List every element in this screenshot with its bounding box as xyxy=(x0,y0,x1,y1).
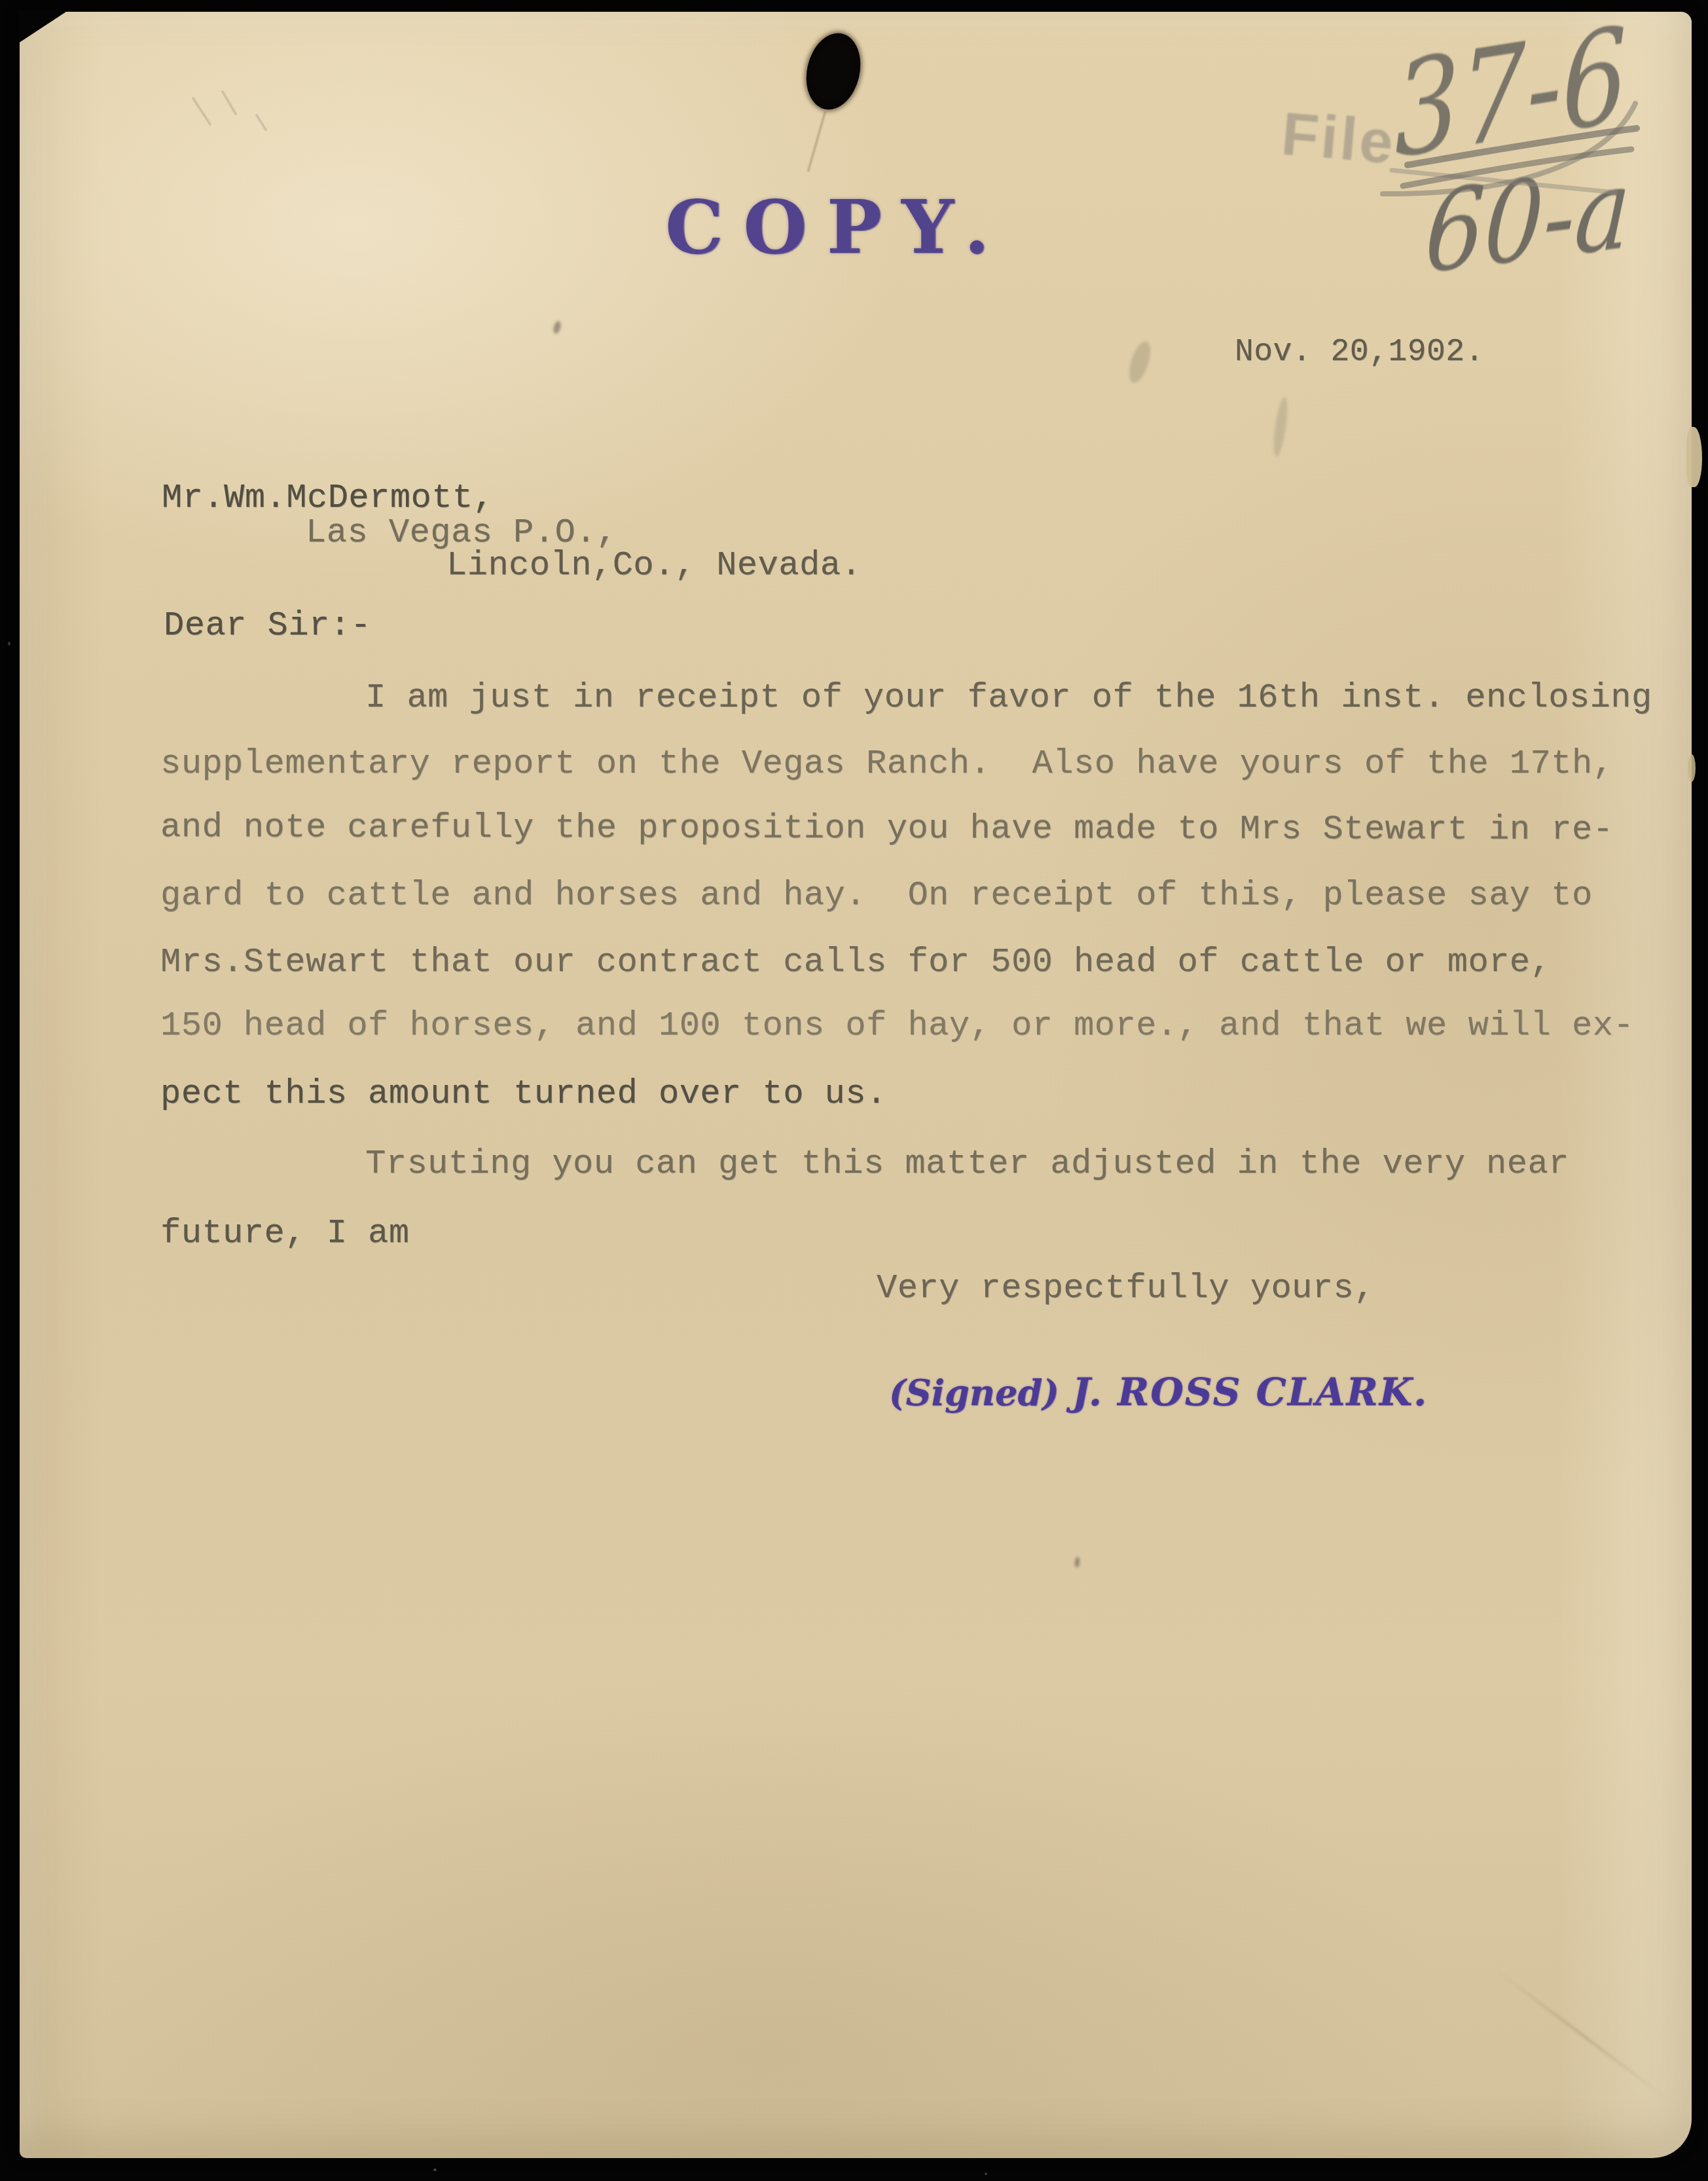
scanned-letter: COPY. File 37-6 60-a Nov. 20,1902. Mr.Wm… xyxy=(0,0,1708,2181)
signature-stamp: (Signed) J. ROSS CLARK. xyxy=(889,1370,1428,1414)
dust-speck xyxy=(985,2172,987,2175)
handwritten-file-number: 60-a xyxy=(1423,153,1633,290)
address-line-recipient: Mr.Wm.McDermott, xyxy=(162,481,494,515)
closing-line: Very respectfully yours, xyxy=(877,1272,1375,1306)
copy-stamp: COPY. xyxy=(665,191,1009,265)
body-line: Trsuting you can get this matter adjuste… xyxy=(365,1147,1569,1181)
body-line: pect this amount turned over to us. xyxy=(160,1077,887,1111)
paper-corner-cut xyxy=(18,10,68,43)
signature-name: J. ROSS CLARK. xyxy=(1072,1370,1428,1414)
body-line: future, I am xyxy=(160,1217,409,1251)
body-line: 150 head of horses, and 100 tons of hay,… xyxy=(160,1009,1634,1043)
body-line: gard to cattle and horses and hay. On re… xyxy=(160,879,1593,913)
body-line: and note carefully the proposition you h… xyxy=(160,811,1613,847)
body-line: supplementary report on the Vegas Ranch.… xyxy=(160,747,1613,781)
address-line-post-office: Las Vegas P.O., xyxy=(306,516,617,550)
paper-edge-chip xyxy=(1688,754,1696,782)
address-line-county-state: Lincoln,Co., Nevada. xyxy=(446,549,862,583)
file-stamp-label: File xyxy=(1279,103,1398,174)
salutation: Dear Sir:- xyxy=(164,609,371,643)
paper-edge-chip xyxy=(1686,427,1702,487)
body-line: I am just in receipt of your favor of th… xyxy=(365,681,1652,715)
body-line: Mrs.Stewart that our contract calls for … xyxy=(160,945,1551,980)
dust-speck xyxy=(8,642,10,646)
dust-speck xyxy=(433,2169,437,2171)
date-line: Nov. 20,1902. xyxy=(1235,335,1484,369)
signature-prefix: (Signed) xyxy=(889,1372,1059,1414)
